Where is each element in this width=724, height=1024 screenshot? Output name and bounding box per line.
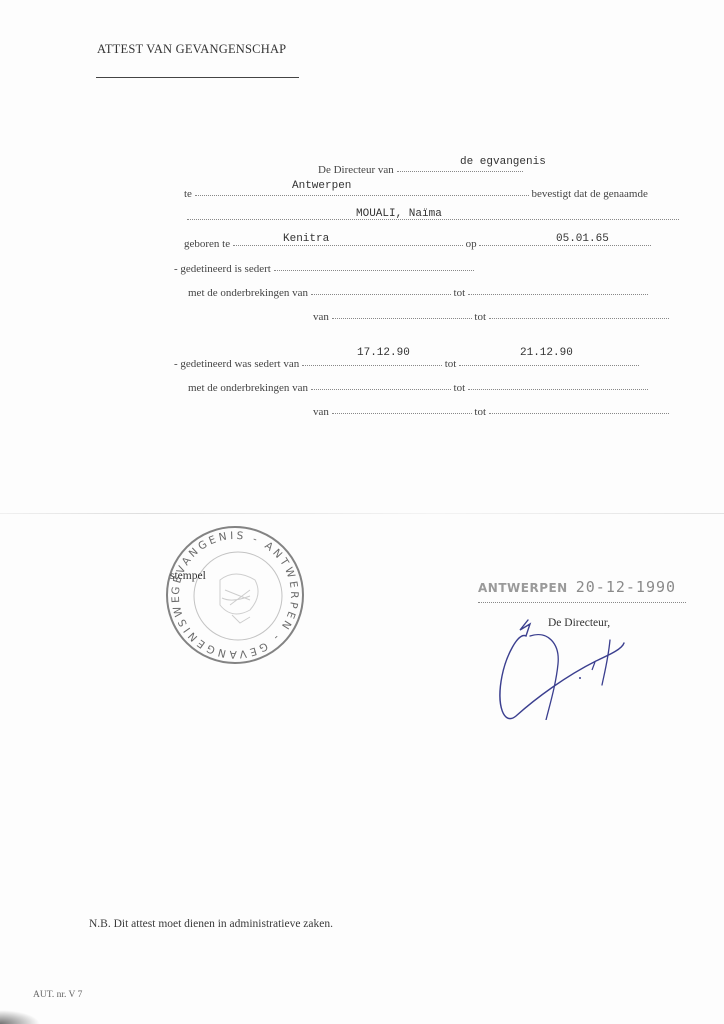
stamp-seal-icon: GEVANGENIS - ANTWERPEN - GEVANGENISWEZEN — [160, 520, 310, 670]
date-stamp-date: 20-12-1990 — [576, 578, 676, 596]
footnote: N.B. Dit attest moet dienen in administr… — [89, 918, 333, 930]
name-value: MOUALI, Naïma — [356, 208, 442, 220]
directeur-van-label: De Directeur van — [318, 164, 394, 176]
tot-label: tot — [454, 287, 466, 299]
op-label: op — [466, 238, 477, 250]
onderbrekingen-row-4: van tot — [313, 406, 669, 418]
geboren-label: geboren te — [184, 238, 230, 250]
onderbrekingen-label: met de onderbrekingen van — [188, 287, 308, 299]
document-page: ATTEST VAN GEVANGENSCHAP De Directeur va… — [0, 0, 724, 1024]
tot-label: tot — [474, 311, 486, 323]
geboren-field-line — [233, 244, 463, 246]
te-label: te — [184, 188, 192, 200]
paper-fold-line — [0, 513, 724, 514]
gedetineerd-is-row: - gedetineerd is sedert — [174, 263, 474, 275]
gedetineerd-was-tot-value: 21.12.90 — [520, 347, 573, 359]
van-field-line — [332, 317, 472, 319]
onderbrekingen-label: met de onderbrekingen van — [188, 382, 308, 394]
gedetineerd-is-field-line — [274, 269, 474, 271]
gedetineerd-was-row: - gedetineerd was sedert van tot — [174, 358, 639, 370]
directeur-van-field-line — [397, 170, 523, 172]
tot-label: tot — [454, 382, 466, 394]
onderbrekingen-row-1: met de onderbrekingen van tot — [188, 287, 648, 299]
van-field-line — [311, 293, 451, 295]
gedetineerd-is-label: - gedetineerd is sedert — [174, 263, 271, 275]
bevestigt-label: bevestigt dat de genaamde — [531, 188, 647, 200]
tot-field-line — [468, 293, 648, 295]
tot-label: tot — [474, 406, 486, 418]
title-underline — [96, 77, 299, 78]
tot-label: tot — [445, 358, 457, 370]
signature-icon — [480, 600, 660, 720]
tot-field-line — [468, 388, 648, 390]
van-label: van — [313, 311, 329, 323]
stamp-label: stempel — [170, 570, 206, 582]
scan-corner-shadow — [0, 1010, 40, 1024]
document-title: ATTEST VAN GEVANGENSCHAP — [97, 42, 286, 57]
gedetineerd-was-label: - gedetineerd was sedert van — [174, 358, 299, 370]
van-field-line — [311, 388, 451, 390]
te-field-line — [195, 194, 529, 196]
op-value: 05.01.65 — [556, 233, 609, 245]
date-stamp: ANTWERPEN20-12-1990 — [478, 578, 676, 596]
directeur-van-value: de egvangenis — [460, 156, 546, 168]
date-stamp-place: ANTWERPEN — [478, 581, 568, 595]
gedetineerd-was-van-value: 17.12.90 — [357, 347, 410, 359]
onderbrekingen-row-2: van tot — [313, 311, 669, 323]
te-row: te bevestigt dat de genaamde — [184, 188, 648, 200]
van-field-line — [332, 412, 472, 414]
van-label: van — [313, 406, 329, 418]
tot-field-line — [489, 317, 669, 319]
form-code: AUT. nr. V 7 — [33, 990, 82, 1000]
gedetineerd-was-tot-field-line — [459, 364, 639, 366]
gedetineerd-was-van-field-line — [302, 364, 442, 366]
tot-field-line — [489, 412, 669, 414]
official-stamp: GEVANGENIS - ANTWERPEN - GEVANGENISWEZEN — [160, 520, 310, 670]
geboren-value: Kenitra — [283, 233, 329, 245]
onderbrekingen-row-3: met de onderbrekingen van tot — [188, 382, 648, 394]
te-value: Antwerpen — [292, 180, 351, 192]
